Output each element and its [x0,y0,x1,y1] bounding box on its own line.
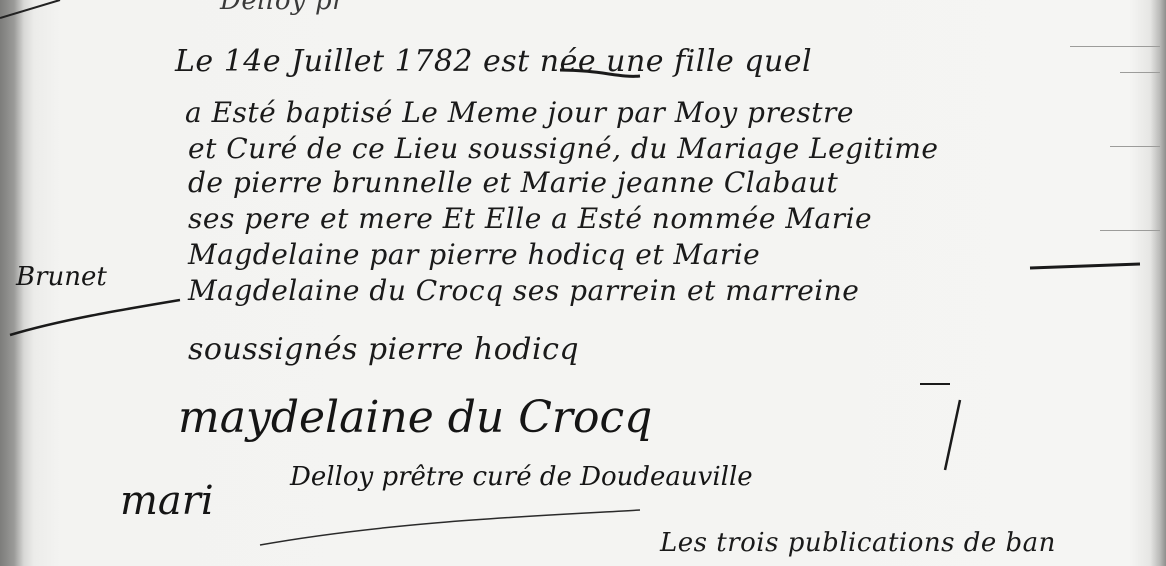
body-line-8: soussignés pierre hodicq [188,332,579,367]
ruled-line [1120,72,1160,73]
margin-name: Brunet [16,262,107,292]
ruled-line [1100,230,1160,231]
register-page: Delloy pr Brunet Le 14e Juillet 1782 est… [0,0,1166,566]
body-line-3: et Curé de ce Lieu soussigné, du Mariage… [188,132,938,165]
ruled-line [1110,146,1160,147]
signature-mari: mari [120,478,214,524]
next-entry-fragment: Les trois publications de ban [660,528,1056,558]
signature-godmother: maydelaine du Crocq [178,392,652,443]
header-fragment: Delloy pr [220,0,345,16]
body-line-4: de pierre brunnelle et Marie jeanne Clab… [188,166,838,199]
body-line-5: ses pere et mere Et Elle a Esté nommée M… [188,202,872,235]
body-line-1: Le 14e Juillet 1782 est née une fille qu… [175,44,812,79]
signature-priest: Delloy prêtre curé de Doudeauville [290,462,753,492]
body-line-6: Magdelaine par pierre hodicq et Marie [188,238,760,271]
body-line-2: a Esté baptisé Le Meme jour par Moy pres… [185,96,854,129]
ruled-line [1070,46,1160,47]
body-line-7: Magdelaine du Crocq ses parrein et marre… [188,274,859,307]
